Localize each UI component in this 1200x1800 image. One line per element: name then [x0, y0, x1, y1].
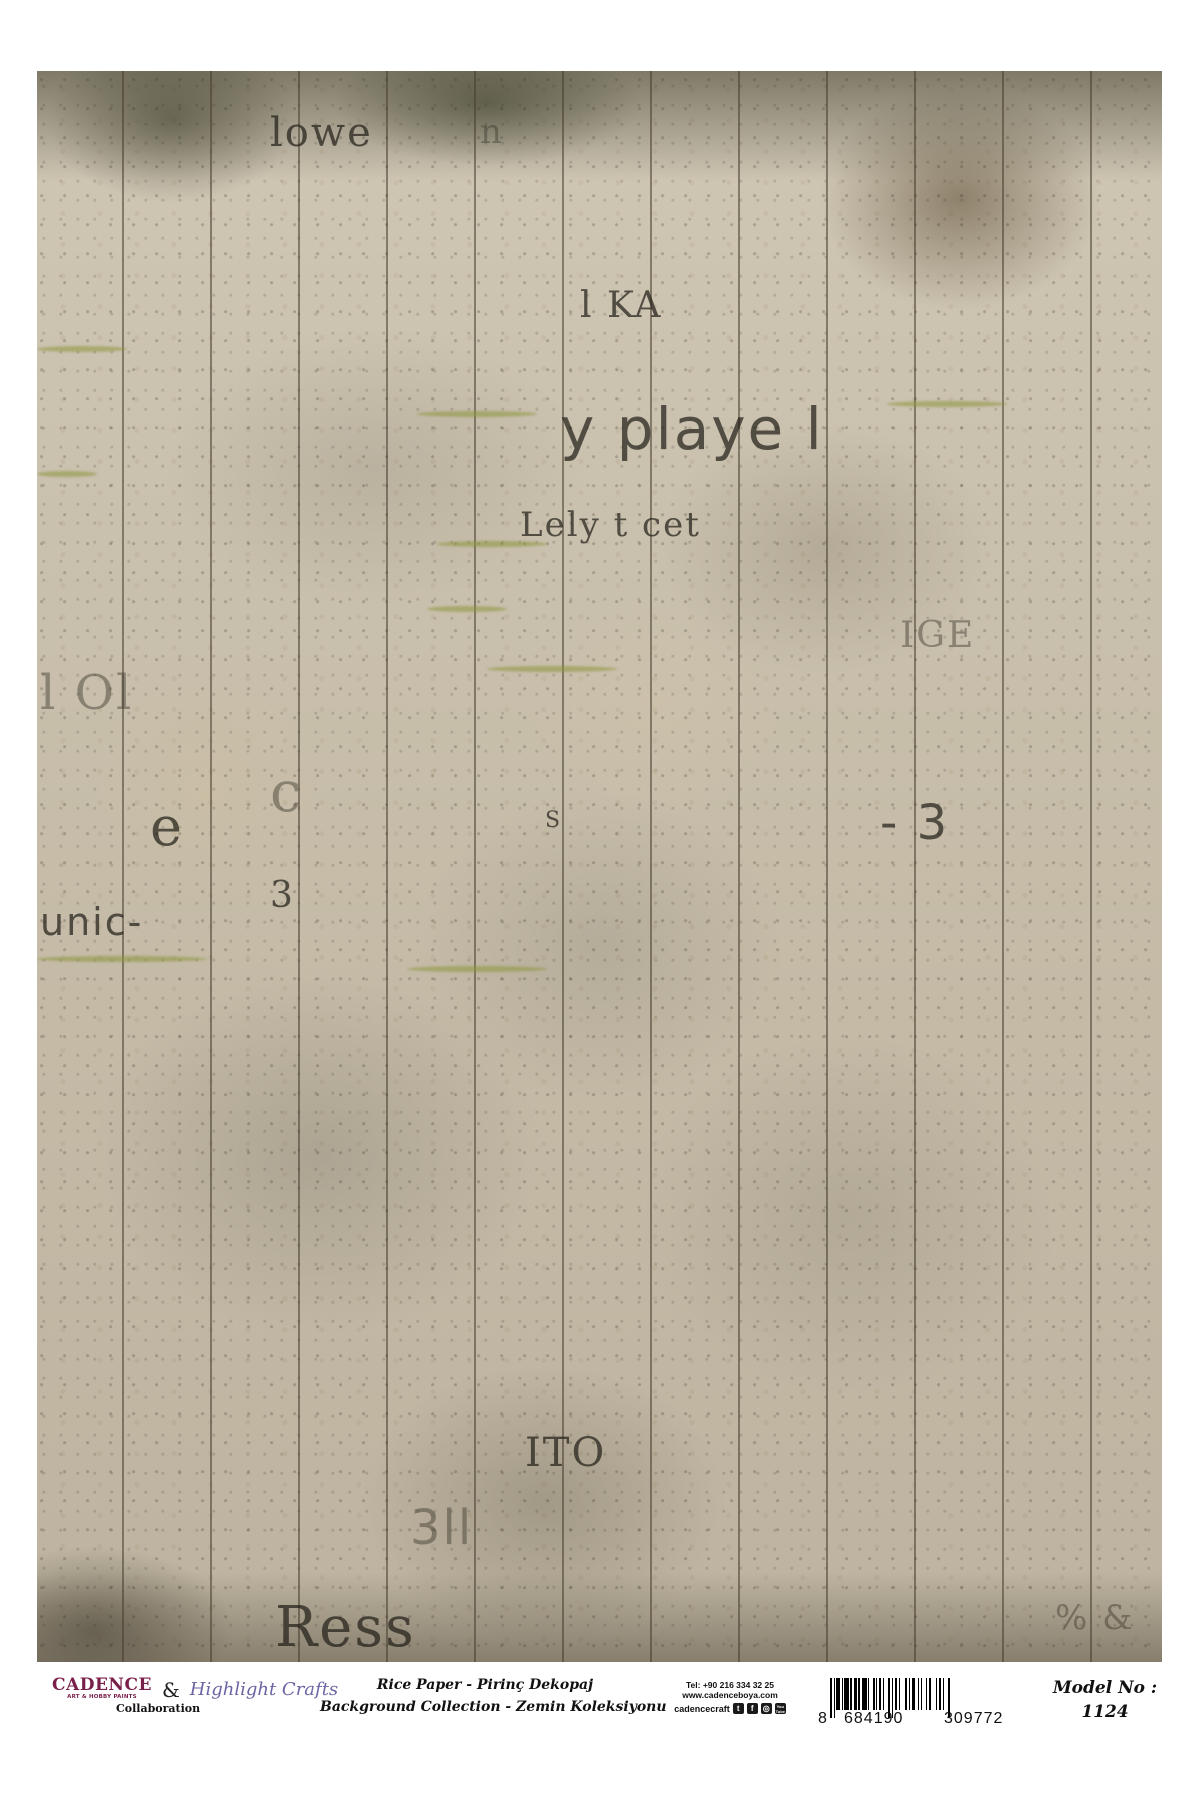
newspaper-fragment: l KA — [580, 285, 662, 326]
barcode-first-digit: 8 — [818, 1710, 827, 1728]
newspaper-fragment: y playe l — [560, 395, 824, 463]
website-link: www.cadenceboya.com — [650, 1690, 810, 1700]
model-info: Model No : 1124 — [1040, 1676, 1170, 1724]
barcode-gap — [950, 1678, 952, 1710]
newspaper-fragment: 3ll — [410, 1500, 473, 1556]
instagram-icon: ◎ — [761, 1703, 772, 1714]
barcode-right-digits: 309772 — [944, 1710, 1003, 1728]
newspaper-fragment: lowe — [270, 110, 373, 156]
newspaper-fragment: 3 — [270, 875, 295, 916]
cadence-tagline: ART & HOBBY PAINTS — [67, 1694, 137, 1701]
newspaper-fragment: S — [545, 808, 562, 833]
newspaper-fragment: e — [150, 795, 184, 858]
collection-name: Background Collection - Zemin Koleksiyon… — [320, 1696, 650, 1718]
model-number: 1124 — [1040, 1700, 1170, 1724]
moss-streak — [37, 346, 127, 352]
contact-info: Tel: +90 216 334 32 25 www.cadenceboya.c… — [650, 1680, 810, 1714]
newspaper-fragment: l Ol — [40, 665, 133, 721]
facebook-icon: f — [747, 1703, 758, 1714]
twitter-icon: t — [733, 1703, 744, 1714]
moss-streak — [887, 401, 1007, 407]
phone-number: Tel: +90 216 334 32 25 — [650, 1680, 810, 1690]
barcode: 8 684190 309772 — [830, 1678, 1036, 1728]
social-handle: cadencecraft — [674, 1704, 730, 1714]
social-row: cadencecraft t f ◎ You Tube — [650, 1703, 810, 1714]
collaboration-label: Collaboration — [116, 1702, 338, 1715]
newspaper-fragment: n — [480, 112, 504, 152]
ampersand: & — [162, 1679, 180, 1701]
product-description: Rice Paper - Pirinç Dekopaj Background C… — [320, 1674, 650, 1718]
cadence-name: CADENCE — [52, 1676, 152, 1694]
product-type: Rice Paper - Pirinç Dekopaj — [320, 1674, 650, 1696]
moss-streak — [427, 606, 507, 612]
newspaper-fragment: % & — [1055, 1598, 1134, 1638]
highlight-crafts-logo: Highlight Crafts — [190, 1679, 338, 1701]
model-label: Model No : — [1040, 1676, 1170, 1700]
barcode-bars — [830, 1678, 1036, 1714]
newspaper-fragment: - 3 — [880, 795, 949, 851]
youtube-icon: You Tube — [775, 1703, 786, 1714]
rice-paper-artwork: loweny playe lLely t cetl Oleunic-c3Ress… — [37, 71, 1162, 1662]
newspaper-fragment: Ress — [275, 1595, 416, 1660]
newspaper-fragment: unic- — [40, 900, 143, 944]
product-label-footer: CADENCE ART & HOBBY PAINTS & Highlight C… — [0, 1662, 1200, 1800]
brand-logos: CADENCE ART & HOBBY PAINTS & Highlight C… — [52, 1676, 338, 1715]
newspaper-fragment: IGE — [900, 615, 975, 656]
newspaper-fragment: ITO — [525, 1430, 606, 1476]
moss-streak — [487, 666, 617, 672]
moss-streak — [407, 966, 547, 972]
cadence-logo: CADENCE ART & HOBBY PAINTS — [52, 1676, 152, 1701]
moss-streak — [417, 411, 537, 417]
newspaper-fragment: Lely t cet — [520, 505, 701, 545]
newspaper-fragment: c — [270, 760, 303, 825]
moss-streak — [37, 956, 207, 962]
moss-streak — [37, 471, 97, 477]
barcode-digits: 8 684190 309772 — [830, 1710, 1036, 1728]
barcode-left-digits: 684190 — [844, 1710, 903, 1728]
